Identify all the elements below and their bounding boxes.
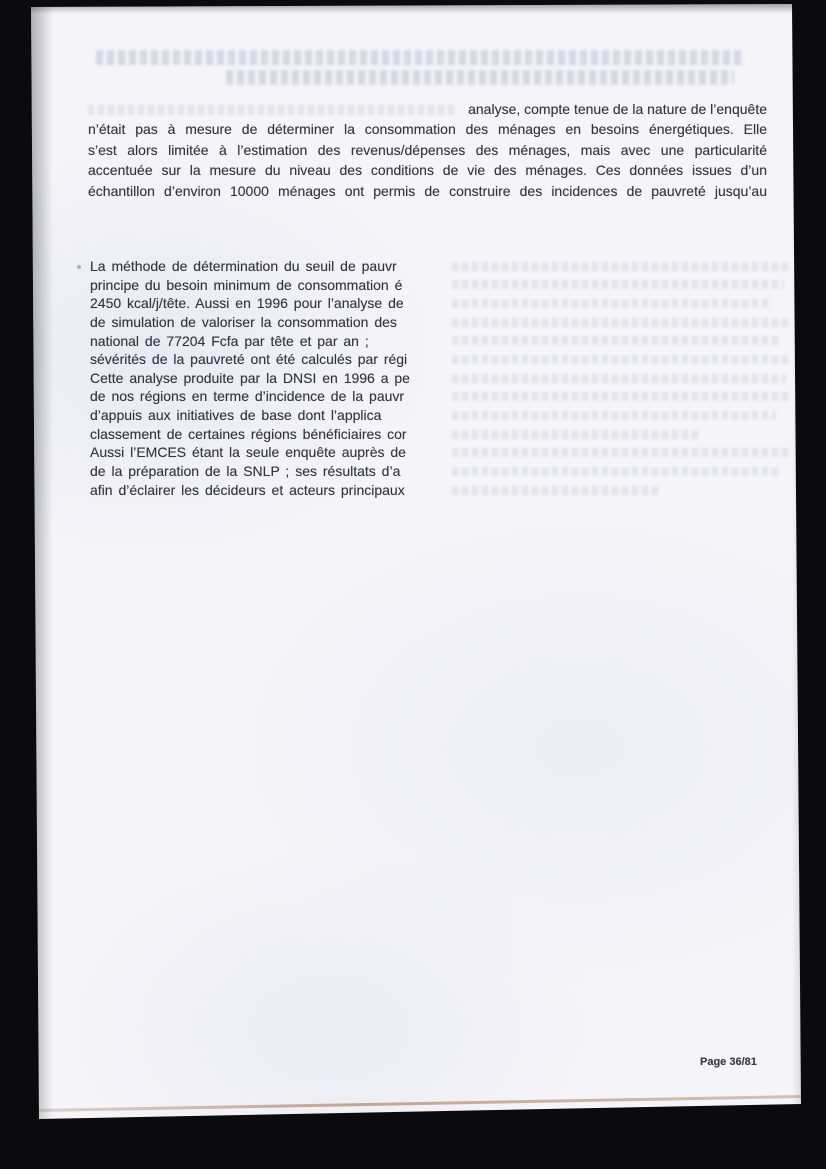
text-line: principe du besoin minimum de consommati… (90, 276, 790, 295)
faded-text-fragment (452, 262, 790, 271)
text-line: La méthode de détermination du seuil de … (90, 257, 790, 276)
text-line: d’appuis aux initiatives de base dont l’… (90, 406, 790, 425)
text-line: s’est alors limitée à l’estimation des r… (88, 140, 767, 160)
paragraph-intro: analyse, compte tenue de la nature de l’… (88, 99, 767, 201)
text-line: analyse, compte tenue de la nature de l’… (88, 99, 767, 119)
faded-text-fragment (452, 355, 790, 364)
text-line-fragment: Cette analyse produite par la DNSI en 19… (90, 369, 442, 388)
text-line-fragment: 2450 kcal/j/tête. Aussi en 1996 pour l’a… (90, 294, 442, 313)
scanned-page: analyse, compte tenue de la nature de l’… (0, 0, 826, 1169)
text-line: 2450 kcal/j/tête. Aussi en 1996 pour l’a… (90, 294, 790, 313)
text-line-fragment: de nos régions en terme d’incidence de l… (90, 387, 442, 406)
text-line: échantillon d’environ 10000 ménages ont … (88, 181, 767, 201)
faded-text-fragment (452, 486, 660, 495)
text-line: de la préparation de la SNLP ; ses résul… (90, 462, 790, 481)
text-line-fragment: La méthode de détermination du seuil de … (90, 257, 442, 276)
text-line: national de 77204 Fcfa par tête et par a… (90, 332, 790, 351)
text-line: classement de certaines régions bénéfici… (90, 425, 790, 444)
faded-heading-line-1 (96, 50, 744, 65)
text-line-fragment: analyse, compte tenue de la nature de l’… (468, 99, 767, 119)
text-line: accentuée sur la mesure du niveau des co… (88, 160, 767, 180)
faded-text-fragment (452, 392, 790, 401)
text-line-fragment: de la préparation de la SNLP ; ses résul… (90, 462, 442, 481)
faded-text-fragment (452, 318, 790, 327)
faded-text-fragment (452, 299, 772, 308)
faded-text-fragment (452, 374, 786, 383)
text-line: de nos régions en terme d’incidence de l… (90, 387, 790, 406)
faded-text-fragment (452, 411, 776, 420)
scanned-document-screenshot: { "page": { "paper_color": "#f4f4f9", "s… (0, 0, 826, 1169)
text-line-fragment: Aussi l’EMCES étant la seule enquête aup… (90, 443, 442, 462)
page-number: Page 36/81 (700, 1056, 757, 1068)
text-line-fragment: sévérités de la pauvreté ont été calculé… (90, 350, 442, 369)
faded-text-fragment (88, 105, 454, 115)
text-line: n’était pas à mesure de déterminer la co… (88, 119, 767, 139)
faded-text-fragment (452, 336, 780, 345)
text-line: sévérités de la pauvreté ont été calculé… (90, 350, 790, 369)
faded-text-fragment (452, 448, 790, 457)
faded-text-fragment (452, 280, 784, 289)
faded-heading-line-2 (226, 70, 734, 85)
text-line-fragment: principe du besoin minimum de consommati… (90, 276, 442, 295)
paragraph-method: La méthode de détermination du seuil de … (90, 257, 790, 499)
text-line: Aussi l’EMCES étant la seule enquête aup… (90, 443, 790, 462)
text-line-fragment: national de 77204 Fcfa par tête et par a… (90, 332, 442, 351)
text-line-fragment: classement de certaines régions bénéfici… (90, 425, 442, 444)
scan-shadow-right (792, 0, 806, 1169)
text-line: de simulation de valoriser la consommati… (90, 313, 790, 332)
text-line: Cette analyse produite par la DNSI en 19… (90, 369, 790, 388)
scan-shadow-left (31, 0, 53, 1169)
text-line-fragment: d’appuis aux initiatives de base dont l’… (90, 406, 442, 425)
text-line-fragment: afin d’éclairer les décideurs et acteurs… (90, 481, 442, 500)
stray-ink-dot (77, 265, 81, 269)
faded-text-fragment (452, 430, 700, 439)
text-line-fragment: de simulation de valoriser la consommati… (90, 313, 442, 332)
scan-page-bottom-edge (39, 1095, 801, 1112)
faded-text-fragment (452, 467, 782, 476)
text-line: afin d’éclairer les décideurs et acteurs… (90, 481, 790, 500)
scan-shadow-top (0, 4, 826, 14)
